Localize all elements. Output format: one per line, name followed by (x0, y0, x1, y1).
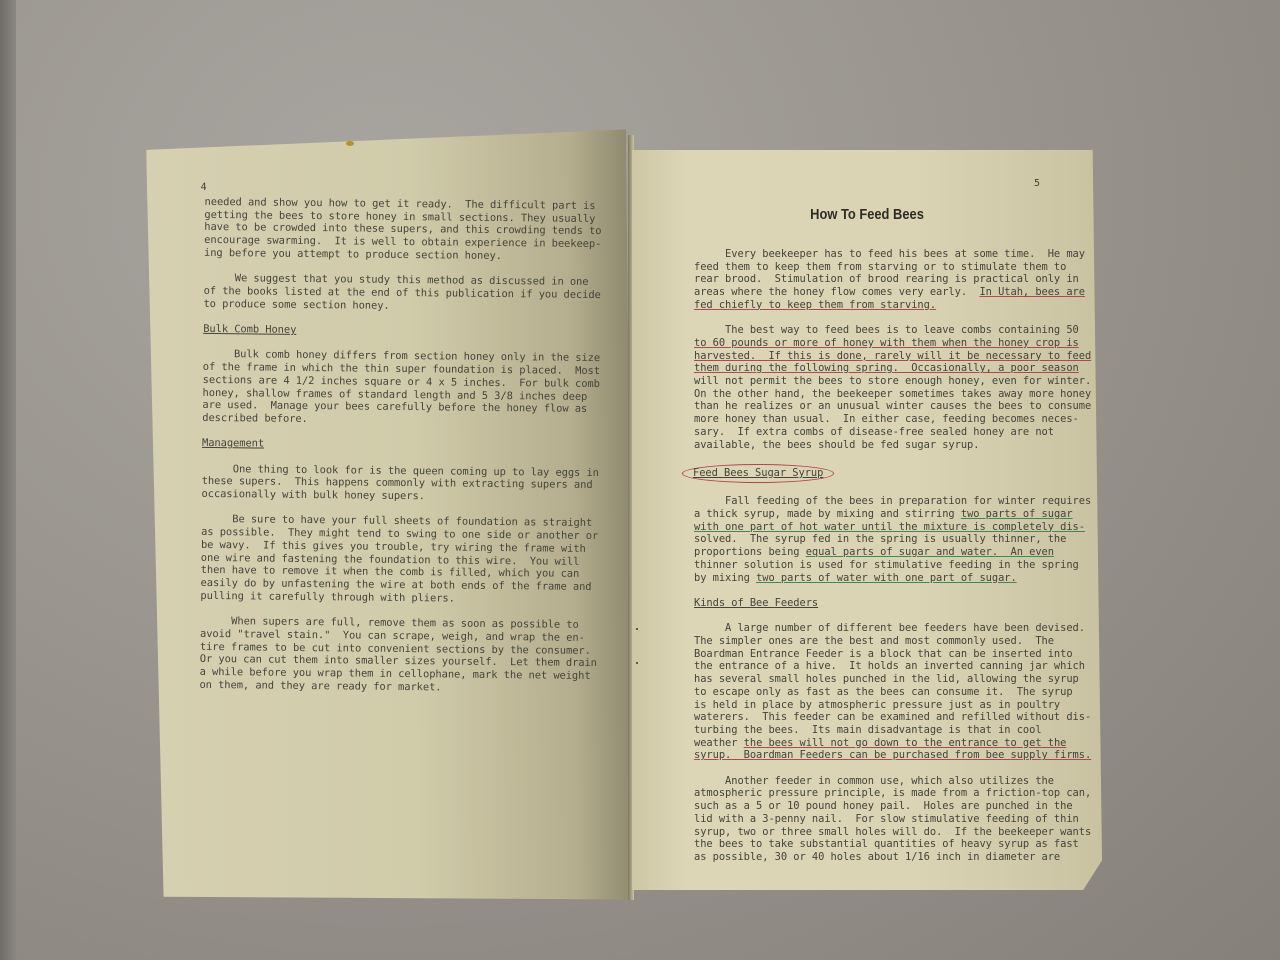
text-line: sary. If extra combs of disease-free sea… (694, 426, 1091, 439)
text-line: Fall feeding of the bees in preparation … (694, 495, 1091, 508)
text-line: more honey than usual. In either case, f… (694, 413, 1091, 426)
text-line: available, the bees should be fed sugar … (694, 439, 1091, 452)
paragraph: A large number of different bee feeders … (694, 622, 1091, 762)
section-heading: Bulk Comb Honey (203, 323, 600, 340)
pen-underline: two parts of sugar (961, 508, 1073, 520)
text-line: the entrance of a hive. It holds an inve… (694, 660, 1091, 673)
text-line: A large number of different bee feeders … (694, 622, 1091, 635)
pen-underline: harvested. If this is done, rarely will … (694, 350, 1091, 362)
text-line: The simpler ones are the best and most c… (694, 635, 1091, 648)
pen-underline: the bees will not go down to the entranc… (744, 737, 1067, 749)
paragraph: Be sure to have your full sheets of foun… (200, 513, 598, 606)
text-line: with one part of hot water until the mix… (694, 521, 1091, 534)
text-line: Every beekeeper has to feed his bees at … (694, 248, 1091, 261)
text-line: rear brood. Stimulation of brood rearing… (694, 273, 1091, 286)
text-line: feed them to keep them from starving or … (694, 261, 1091, 274)
pen-underline: fed chiefly to keep them from starving. (694, 299, 936, 311)
text-line: fed chiefly to keep them from starving. (694, 299, 1091, 312)
text-line: turbing the bees. Its main disadvantage … (694, 724, 1091, 737)
text-line: On the other hand, the beekeeper sometim… (694, 388, 1091, 401)
pen-underline: syrup. Boardman Feeders can be purchased… (694, 749, 1091, 761)
circled-section-heading: Feed Bees Sugar Syrup (694, 464, 1091, 483)
text-line: syrup, two or three small holes will do.… (694, 826, 1091, 839)
right-page-body: Every beekeeper has to feed his bees at … (694, 248, 1091, 876)
page-title: How To Feed Bees (665, 206, 1069, 223)
text-line: to 60 pounds or more of honey with them … (694, 337, 1091, 350)
paragraph: When supers are full, remove them as soo… (199, 615, 597, 695)
pen-underline: with one part of hot water until the mix… (694, 521, 1085, 533)
open-booklet: 4 needed and show you how to get it read… (0, 0, 1280, 960)
paragraph: We suggest that you study this method as… (203, 272, 601, 314)
pen-underline: In Utah, bees are (979, 286, 1085, 298)
paragraph: The best way to feed bees is to leave co… (694, 324, 1091, 451)
pen-underline: to 60 pounds or more of honey with them … (694, 337, 1079, 349)
text-line: has several small holes punched in the l… (694, 673, 1091, 686)
pen-underline: them during the following spring. Occasi… (694, 362, 1079, 374)
text-line: proportions being equal parts of sugar a… (694, 546, 1091, 559)
paragraph: Fall feeding of the bees in preparation … (694, 495, 1091, 584)
page-number: 4 (200, 182, 206, 193)
text-line: them during the following spring. Occasi… (694, 362, 1091, 375)
paragraph: One thing to look for is the queen comin… (201, 463, 599, 505)
text-line: Another feeder in common use, which also… (694, 775, 1091, 788)
paragraph: Every beekeeper has to feed his bees at … (694, 248, 1091, 312)
pen-underline: two parts of water with one part of suga… (756, 572, 1017, 584)
text-line: as possible, 30 or 40 holes about 1/16 i… (694, 851, 1091, 864)
text-line: harvested. If this is done, rarely will … (694, 350, 1091, 363)
pen-underline: equal parts of sugar and water. An even (806, 546, 1054, 558)
text-line: the bees to take substantial quantities … (694, 838, 1091, 851)
paragraph: needed and show you how to get it ready.… (204, 196, 602, 264)
paper-stain (346, 141, 354, 146)
text-line: areas where the honey flow comes very ea… (694, 286, 1091, 299)
right-page: 5 How To Feed Bees Every beekeeper has t… (632, 150, 1102, 890)
text-line: is held in place by atmospheric pressure… (694, 699, 1091, 712)
text-line: atmospheric pressure principle, is made … (694, 787, 1091, 800)
text-line: by mixing two parts of water with one pa… (694, 572, 1091, 585)
text-line: lid with a 3-penny nail. For slow stimul… (694, 813, 1091, 826)
text-line: weather the bees will not go down to the… (694, 737, 1091, 750)
text-line: waterers. This feeder can be examined an… (694, 711, 1091, 724)
left-page: 4 needed and show you how to get it read… (146, 130, 634, 905)
staple-mark (636, 662, 638, 664)
page-number: 5 (1034, 178, 1040, 189)
text-line: than he realizes or an unusual winter ca… (694, 400, 1091, 413)
text-line: to escape only as fast as the bees can c… (694, 686, 1091, 699)
text-line: The best way to feed bees is to leave co… (694, 324, 1091, 337)
text-line: Boardman Entrance Feeder is a block that… (694, 648, 1091, 661)
text-line: syrup. Boardman Feeders can be purchased… (694, 749, 1091, 762)
text-line: solved. The syrup fed in the spring is u… (694, 533, 1091, 546)
text-line: a thick syrup, made by mixing and stirri… (694, 508, 1091, 521)
text-line: will not permit the bees to store enough… (694, 375, 1091, 388)
paragraph: Another feeder in common use, which also… (694, 775, 1091, 864)
section-heading: Management (202, 437, 599, 454)
left-page-body: needed and show you how to get it ready.… (199, 196, 601, 708)
text-line: such as a 5 or 10 pound honey pail. Hole… (694, 800, 1091, 813)
staple-mark (636, 628, 638, 630)
text-line: thinner solution is used for stimulative… (694, 559, 1091, 572)
paragraph: Bulk comb honey differs from section hon… (202, 348, 600, 428)
section-heading: Kinds of Bee Feeders (694, 597, 1091, 610)
